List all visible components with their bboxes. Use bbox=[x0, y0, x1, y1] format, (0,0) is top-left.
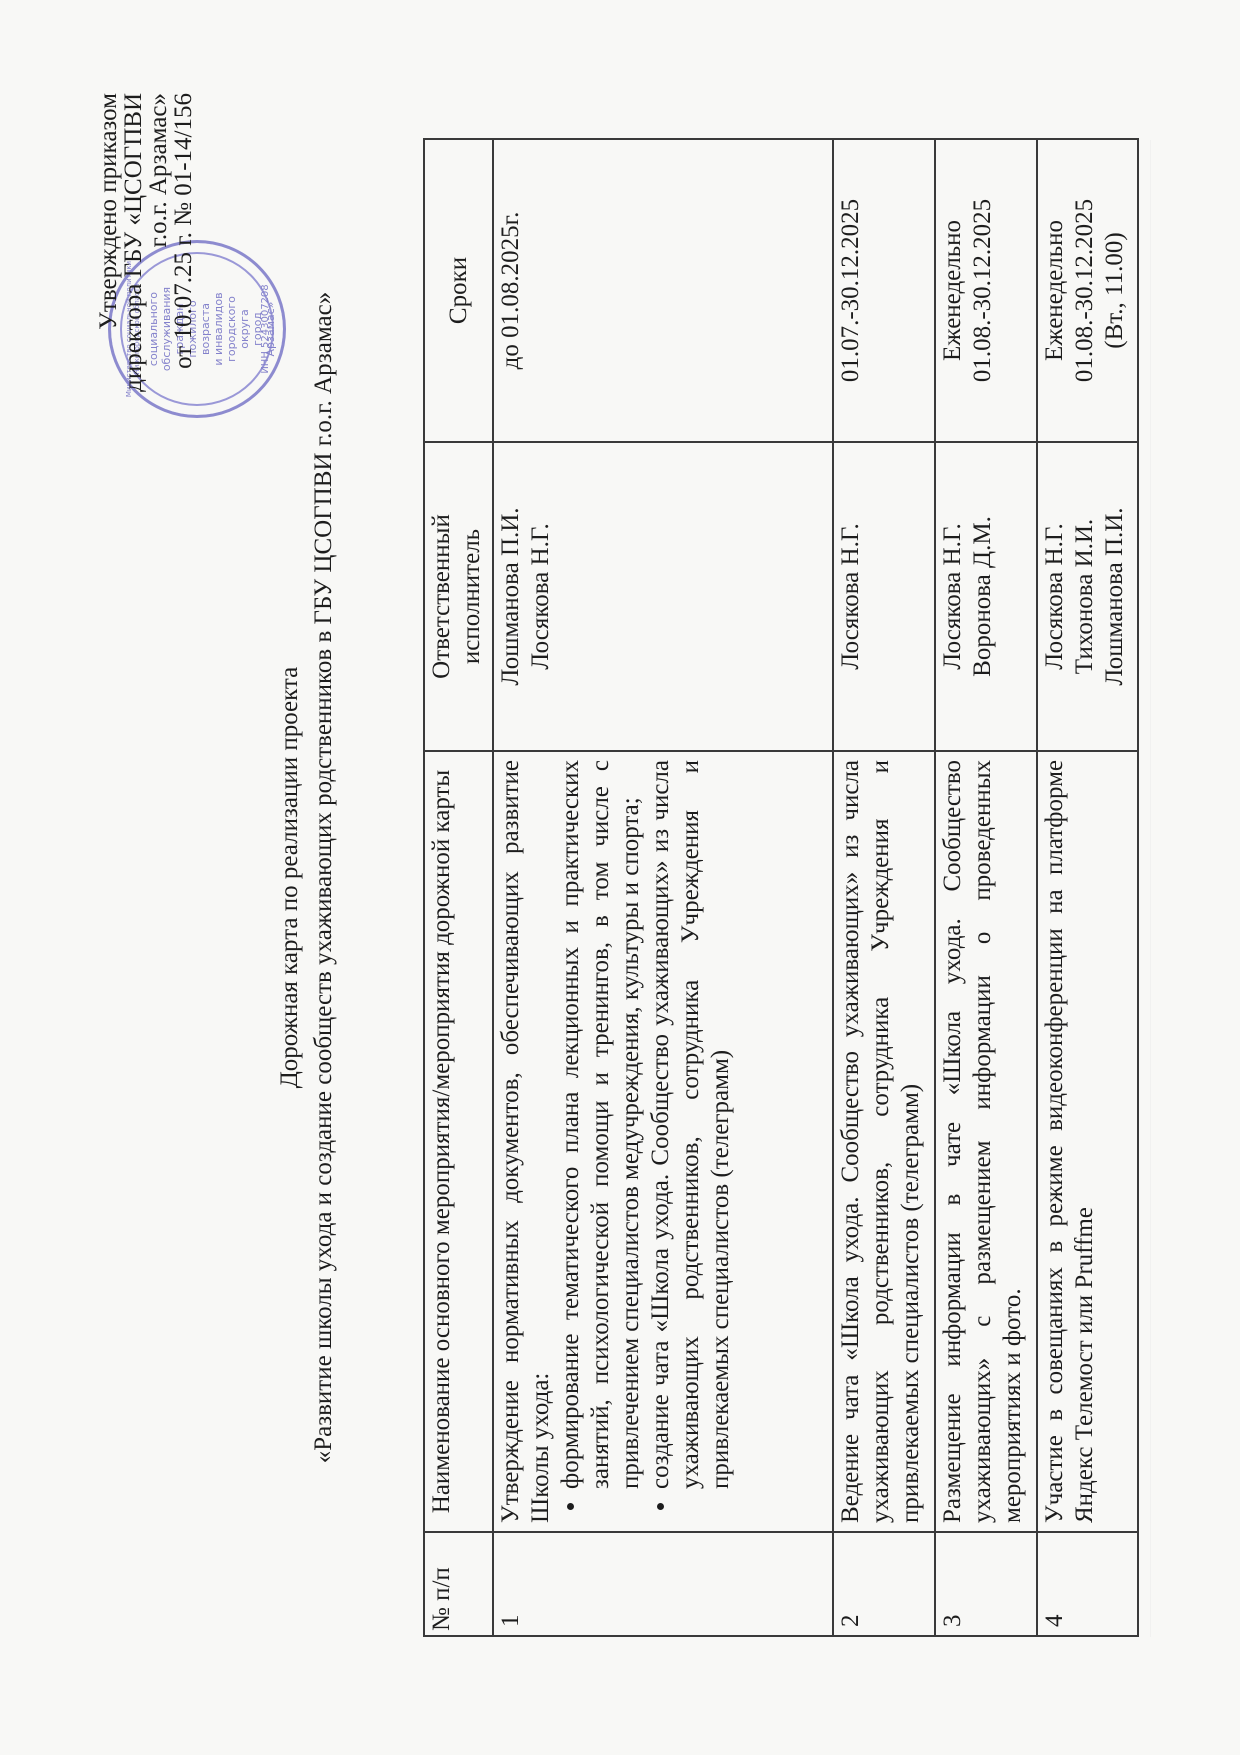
row-responsible: Лошманова П.И. Лосякова Н.Г. bbox=[493, 442, 833, 751]
row-deadline: 01.07.-30.12.2025 bbox=[833, 139, 935, 442]
table-row: 1 Утверждение нормативных документов, об… bbox=[493, 139, 833, 1636]
deadline-line: 01.08.-30.12.2025 bbox=[968, 148, 998, 433]
row-number: 2 bbox=[833, 1532, 935, 1636]
row-responsible: Лосякова Н.Г. Воронова Д.М. bbox=[935, 442, 1037, 751]
responsible-person: Лошманова П.И. bbox=[496, 451, 526, 742]
row-deadline: Еженедельно 01.08.-30.12.2025 bbox=[935, 139, 1037, 442]
responsible-person: Тихонова И.И. bbox=[1070, 451, 1100, 742]
row-activity: Размещение информации в чате «Школа уход… bbox=[935, 751, 1037, 1532]
header-num: № п/п bbox=[424, 1532, 493, 1636]
header-responsible: Ответственный исполнитель bbox=[424, 442, 493, 751]
header-deadline: Сроки bbox=[424, 139, 493, 442]
seal-inn: ИНН 5243007208 bbox=[260, 243, 271, 415]
document-page: Министерство социальной политики Нижегор… bbox=[0, 0, 1240, 1755]
responsible-person: Лосякова Н.Г. bbox=[1040, 451, 1070, 742]
table-row: 4 Участие в совещаниях в режиме видеокон… bbox=[1037, 139, 1138, 1636]
deadline-line: 01.08.-30.12.2025 bbox=[1070, 148, 1100, 433]
approval-line: г.о.г. Арзамас» bbox=[146, 93, 171, 493]
approval-line: директора ГБУ «ЦСОГПВИ bbox=[121, 93, 146, 493]
row-number: 3 bbox=[935, 1532, 1037, 1636]
deadline-line: Еженедельно bbox=[1040, 148, 1070, 433]
row-responsible: Лосякова Н.Г. Тихонова И.И. Лошманова П.… bbox=[1037, 442, 1138, 751]
header-activity: Наименование основного мероприятия/мероп… bbox=[424, 751, 493, 1532]
row-number: 4 bbox=[1037, 1532, 1138, 1636]
seal-line: и инвалидов bbox=[212, 281, 225, 377]
row-number: 1 bbox=[493, 1532, 833, 1636]
seal-line: городского округа bbox=[225, 281, 251, 377]
activity-bullets: формирование тематического плана лекцион… bbox=[556, 760, 736, 1523]
bleed-through-shadow bbox=[1150, 140, 1221, 1637]
row-responsible: Лосякова Н.Г. bbox=[833, 442, 935, 751]
table-row: 3 Размещение информации в чате «Школа ух… bbox=[935, 139, 1037, 1636]
table-row: 2 Ведение чата «Школа ухода. Сообщество … bbox=[833, 139, 935, 1636]
roadmap-table: № п/п Наименование основного мероприятия… bbox=[423, 138, 1139, 1637]
approval-line: Утверждено приказом bbox=[96, 93, 121, 493]
responsible-person: Лошманова П.И. bbox=[1100, 451, 1130, 742]
responsible-person: Воронова Д.М. bbox=[968, 451, 998, 742]
row-deadline: Еженедельно 01.08.-30.12.2025 (Вт., 11.0… bbox=[1037, 139, 1138, 442]
document-subtitle: «Развитие школы ухода и создание сообщес… bbox=[310, 0, 338, 1755]
responsible-person: Лосякова Н.Г. bbox=[526, 451, 556, 742]
table-header-row: № п/п Наименование основного мероприятия… bbox=[424, 139, 493, 1636]
activity-text: Утверждение нормативных документов, обес… bbox=[496, 760, 556, 1523]
row-deadline: до 01.08.2025г. bbox=[493, 139, 833, 442]
deadline-line: 01.07.-30.12.2025 bbox=[836, 148, 866, 433]
deadline-line: до 01.08.2025г. bbox=[496, 148, 526, 433]
row-activity: Участие в совещаниях в режиме видеоконфе… bbox=[1037, 751, 1138, 1532]
row-activity: Утверждение нормативных документов, обес… bbox=[493, 751, 833, 1532]
bullet-item: формирование тематического плана лекцион… bbox=[556, 760, 646, 1489]
deadline-line: (Вт., 11.00) bbox=[1100, 148, 1130, 433]
document-title: Дорожная карта по реализации проекта bbox=[276, 0, 304, 1755]
deadline-line: Еженедельно bbox=[938, 148, 968, 433]
responsible-person: Лосякова Н.Г. bbox=[938, 451, 968, 742]
responsible-person: Лосякова Н.Г. bbox=[836, 451, 866, 742]
bullet-item: создание чата «Школа ухода. Сообщество у… bbox=[646, 760, 736, 1489]
row-activity: Ведение чата «Школа ухода. Сообщество ух… bbox=[833, 751, 935, 1532]
approval-line: от 10.07.25 г. № 01-14/156 bbox=[171, 93, 196, 493]
approval-block: Утверждено приказом директора ГБУ «ЦСОГП… bbox=[96, 93, 196, 493]
